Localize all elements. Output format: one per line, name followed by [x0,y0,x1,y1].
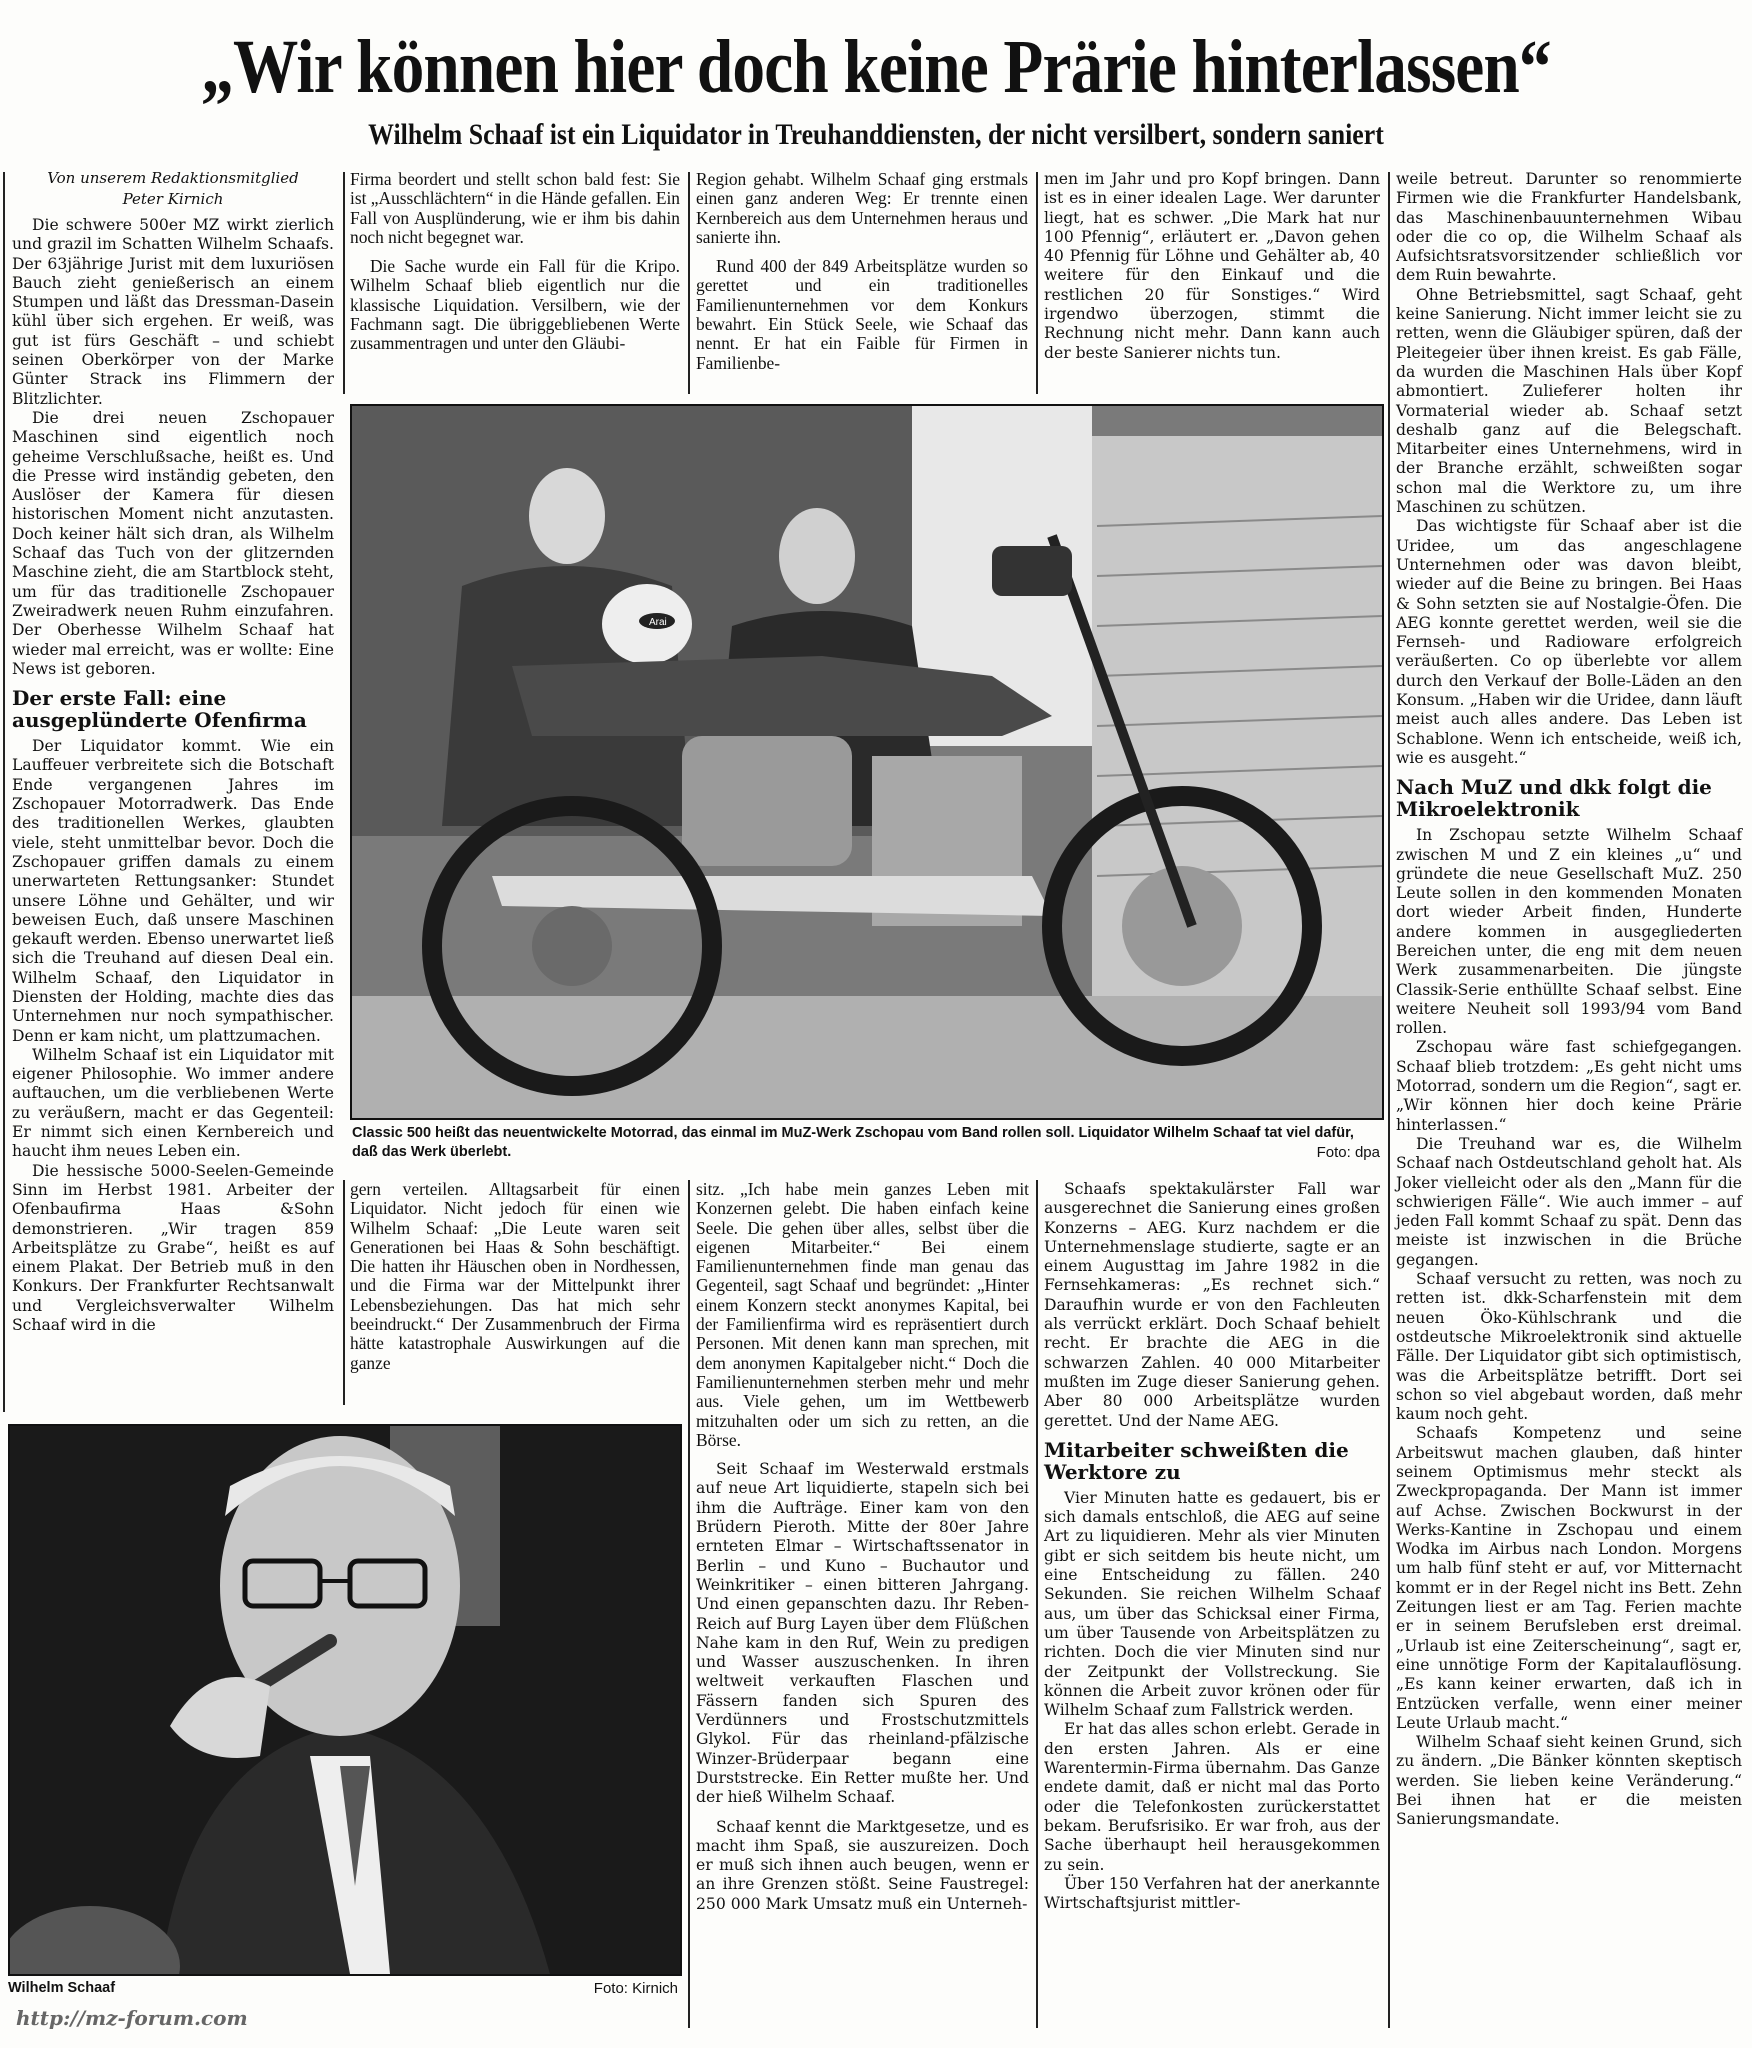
column-3-top: Region gehabt. Wilhelm Schaaf ging erstm… [696,170,1028,373]
paragraph: In Zschopau setzte Wilhelm Schaaf zwisch… [1396,826,1742,1038]
column-5: weile betreut. Darunter so renommierte F… [1396,170,1742,1830]
watermark-url: http://mz-forum.com [16,2006,248,2030]
caption-text: Classic 500 heißt das neuentwickelte Mot… [352,1125,1354,1160]
paragraph: Rund 400 der 849 Arbeitsplätze wurden so… [696,257,1028,373]
page-border-left [3,172,5,1412]
motorcycle-photo-illustration: Arai [352,406,1382,1118]
column-2-top: Firma beordert und stellt schon bald fes… [350,170,680,354]
paragraph: Zschopau wäre fast schiefgegangen. Schaa… [1396,1038,1742,1134]
section-subhead: Mitarbeiter schweißten die Werktore zu [1044,1439,1380,1483]
byline-line1: Von unserem Redaktionsmitglied [12,170,334,187]
paragraph: Vier Minuten hatte es gedauert, bis er s… [1044,1489,1380,1721]
column-1: Von unserem Redaktionsmitglied Peter Kir… [12,170,334,1335]
svg-text:Arai: Arai [649,617,667,628]
paragraph: Wilhelm Schaaf ist ein Liquidator mit ei… [12,1046,334,1162]
paragraph: sitz. „Ich habe mein ganzes Leben mit Ko… [696,1180,1029,1450]
paragraph: Das wichtigste für Schaaf aber ist die U… [1396,517,1742,768]
section-subhead: Der erste Fall: eine ausgeplünderte Ofen… [12,687,334,731]
paragraph: Die Sache wurde ein Fall für die Kripo. … [350,257,680,353]
column-rule [343,172,345,394]
column-rule [1036,1180,1038,2028]
column-3-bottom: sitz. „Ich habe mein ganzes Leben mit Ko… [696,1180,1029,1914]
paragraph: Schaafs spektakulärster Fall war ausgere… [1044,1180,1380,1431]
paragraph: gern verteilen. Alltagsarbeit für einen … [350,1180,680,1373]
paragraph: Ohne Betriebsmittel, sagt Schaaf, geht k… [1396,286,1742,518]
paragraph: Die Treuhand war es, die Wilhelm Schaaf … [1396,1135,1742,1270]
column-rule [343,1180,345,1405]
paragraph: Schaafs Kompetenz und seine Arbeitswut m… [1396,1424,1742,1733]
column-rule [688,172,690,394]
column-4-bottom: Schaafs spektakulärster Fall war ausgere… [1044,1180,1380,1913]
headline: „Wir können hier doch keine Prärie hinte… [123,22,1630,112]
paragraph: Er hat das alles schon erlebt. Gerade in… [1044,1720,1380,1874]
paragraph: Wilhelm Schaaf sieht keinen Grund, sich … [1396,1733,1742,1829]
photo-credit: Foto: dpa [1317,1143,1380,1162]
subheadline: Wilhelm Schaaf ist ein Liquidator in Tre… [123,116,1630,154]
column-rule [1388,172,1390,2028]
paragraph: Region gehabt. Wilhelm Schaaf ging erstm… [696,170,1028,247]
paragraph: Firma beordert und stellt schon bald fes… [350,170,680,247]
column-rule [688,1410,690,2028]
column-rule [688,1180,690,1410]
paragraph: weile betreut. Darunter so renommierte F… [1396,170,1742,286]
paragraph: men im Jahr und pro Kopf bringen. Dann i… [1044,170,1380,363]
paragraph: Seit Schaaf im Westerwald erstmals auf n… [696,1460,1029,1807]
paragraph: Schaaf versucht zu retten, was noch zu r… [1396,1270,1742,1424]
paragraph: Über 150 Verfahren hat der anerkannte Wi… [1044,1875,1380,1914]
section-subhead: Nach MuZ und dkk folgt die Mikroelektron… [1396,776,1742,820]
motorcycle-photo: Arai [350,404,1384,1120]
paragraph: Der Liquidator kommt. Wie ein Lauffeuer … [12,737,334,1046]
caption-text: Wilhelm Schaaf [8,1980,115,1996]
portrait-photo-illustration [10,1426,680,1974]
paragraph: Die hessische 5000-Seelen-Gemeinde Sinn … [12,1162,334,1336]
column-2-bottom: gern verteilen. Alltagsarbeit für einen … [350,1180,680,1373]
portrait-photo [8,1424,682,1976]
paragraph: Die drei neuen Zschopauer Maschinen sind… [12,409,334,679]
portrait-photo-caption: Wilhelm Schaaf Foto: Kirnich [8,1979,678,1998]
paragraph: Die schwere 500er MZ wirkt zierlich und … [12,216,334,409]
photo-credit: Foto: Kirnich [594,1979,678,1998]
column-rule [1036,172,1038,394]
byline-author: Peter Kirnich [12,191,334,208]
paragraph: Schaaf kennt die Marktgesetze, und es ma… [696,1818,1029,1914]
motorcycle-photo-caption: Classic 500 heißt das neuentwickelte Mot… [352,1124,1380,1162]
column-4-top: men im Jahr und pro Kopf bringen. Dann i… [1044,170,1380,363]
